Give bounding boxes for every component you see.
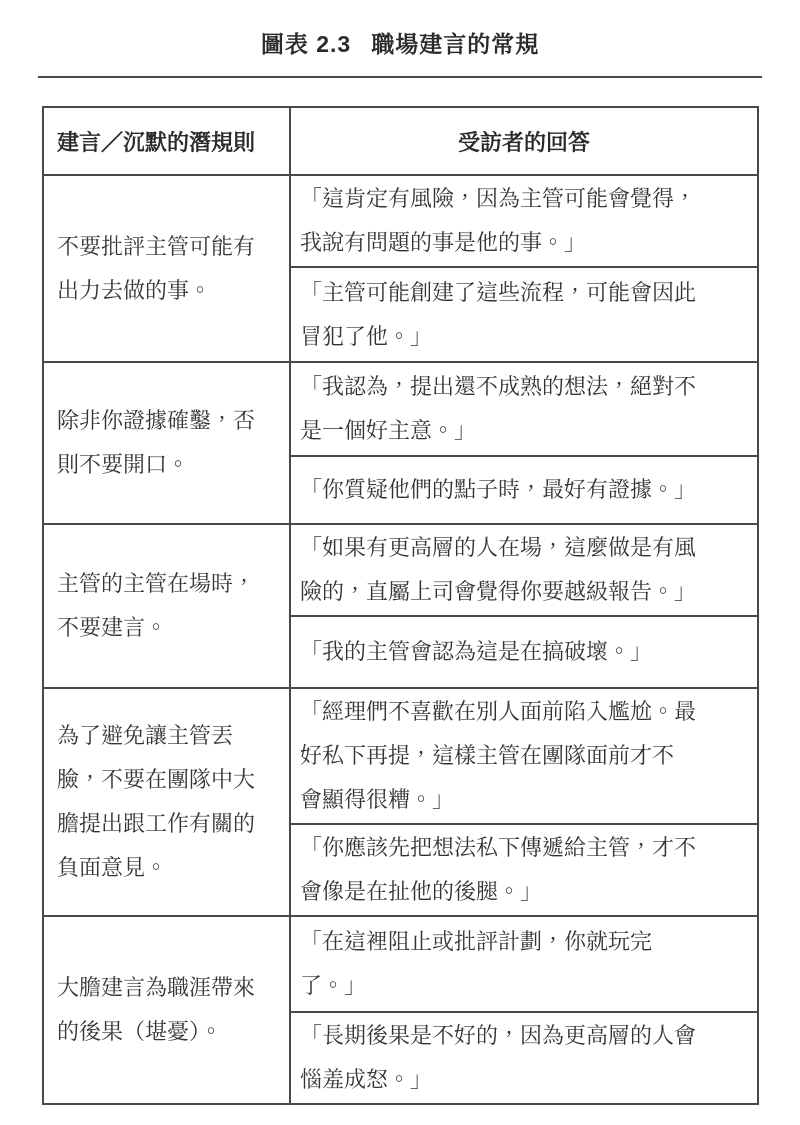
rule-cell: 大膽建言為職涯帶來 的後果（堪憂）。 bbox=[43, 916, 290, 1104]
quote-cell: 「如果有更高層的人在場，這麼做是有風 險的，直屬上司會覺得你要越級報告。」 bbox=[290, 524, 758, 616]
quote-cell: 「主管可能創建了這些流程，可能會因此 冒犯了他。」 bbox=[290, 267, 758, 362]
table-row: 除非你證據確鑿，否 則不要開口。 「我認為，提出還不成熟的想法，絕對不 是一個好… bbox=[43, 362, 758, 456]
book-page: 圖表 2.3職場建言的常規 建言／沉默的潛規則 受訪者的回答 不要批評主管可能有… bbox=[0, 0, 800, 1125]
table-header-row: 建言／沉默的潛規則 受訪者的回答 bbox=[43, 107, 758, 175]
table-row: 大膽建言為職涯帶來 的後果（堪憂）。 「在這裡阻止或批評計劃，你就玩完 了。」 bbox=[43, 916, 758, 1012]
header-rule-column: 建言／沉默的潛規則 bbox=[43, 107, 290, 175]
rule-cell: 主管的主管在場時， 不要建言。 bbox=[43, 524, 290, 688]
quote-cell: 「經理們不喜歡在別人面前陷入尷尬。最 好私下再提，這樣主管在團隊面前才不 會顯得… bbox=[290, 688, 758, 824]
rule-cell: 不要批評主管可能有 出力去做的事。 bbox=[43, 175, 290, 362]
figure-number: 圖表 2.3 bbox=[261, 31, 351, 57]
table-row: 主管的主管在場時， 不要建言。 「如果有更高層的人在場，這麼做是有風 險的，直屬… bbox=[43, 524, 758, 616]
table-row: 不要批評主管可能有 出力去做的事。 「這肯定有風險，因為主管可能會覺得， 我說有… bbox=[43, 175, 758, 267]
title-divider bbox=[38, 76, 762, 78]
quote-cell: 「我認為，提出還不成熟的想法，絕對不 是一個好主意。」 bbox=[290, 362, 758, 456]
voice-norms-table: 建言／沉默的潛規則 受訪者的回答 不要批評主管可能有 出力去做的事。 「這肯定有… bbox=[42, 106, 759, 1105]
rule-cell: 除非你證據確鑿，否 則不要開口。 bbox=[43, 362, 290, 524]
quote-cell: 「在這裡阻止或批評計劃，你就玩完 了。」 bbox=[290, 916, 758, 1012]
quote-cell: 「你應該先把想法私下傳遞給主管，才不 會像是在扯他的後腿。」 bbox=[290, 824, 758, 916]
figure-title: 圖表 2.3職場建言的常規 bbox=[42, 26, 758, 59]
table-row: 為了避免讓主管丟 臉，不要在團隊中大 膽提出跟工作有關的 負面意見。 「經理們不… bbox=[43, 688, 758, 824]
quote-cell: 「長期後果是不好的，因為更高層的人會 惱羞成怒。」 bbox=[290, 1012, 758, 1104]
quote-cell: 「這肯定有風險，因為主管可能會覺得， 我說有問題的事是他的事。」 bbox=[290, 175, 758, 267]
figure-name: 職場建言的常規 bbox=[371, 31, 539, 57]
header-answer-column: 受訪者的回答 bbox=[290, 107, 758, 175]
quote-cell: 「我的主管會認為這是在搞破壞。」 bbox=[290, 616, 758, 688]
rule-cell: 為了避免讓主管丟 臉，不要在團隊中大 膽提出跟工作有關的 負面意見。 bbox=[43, 688, 290, 916]
quote-cell: 「你質疑他們的點子時，最好有證據。」 bbox=[290, 456, 758, 524]
